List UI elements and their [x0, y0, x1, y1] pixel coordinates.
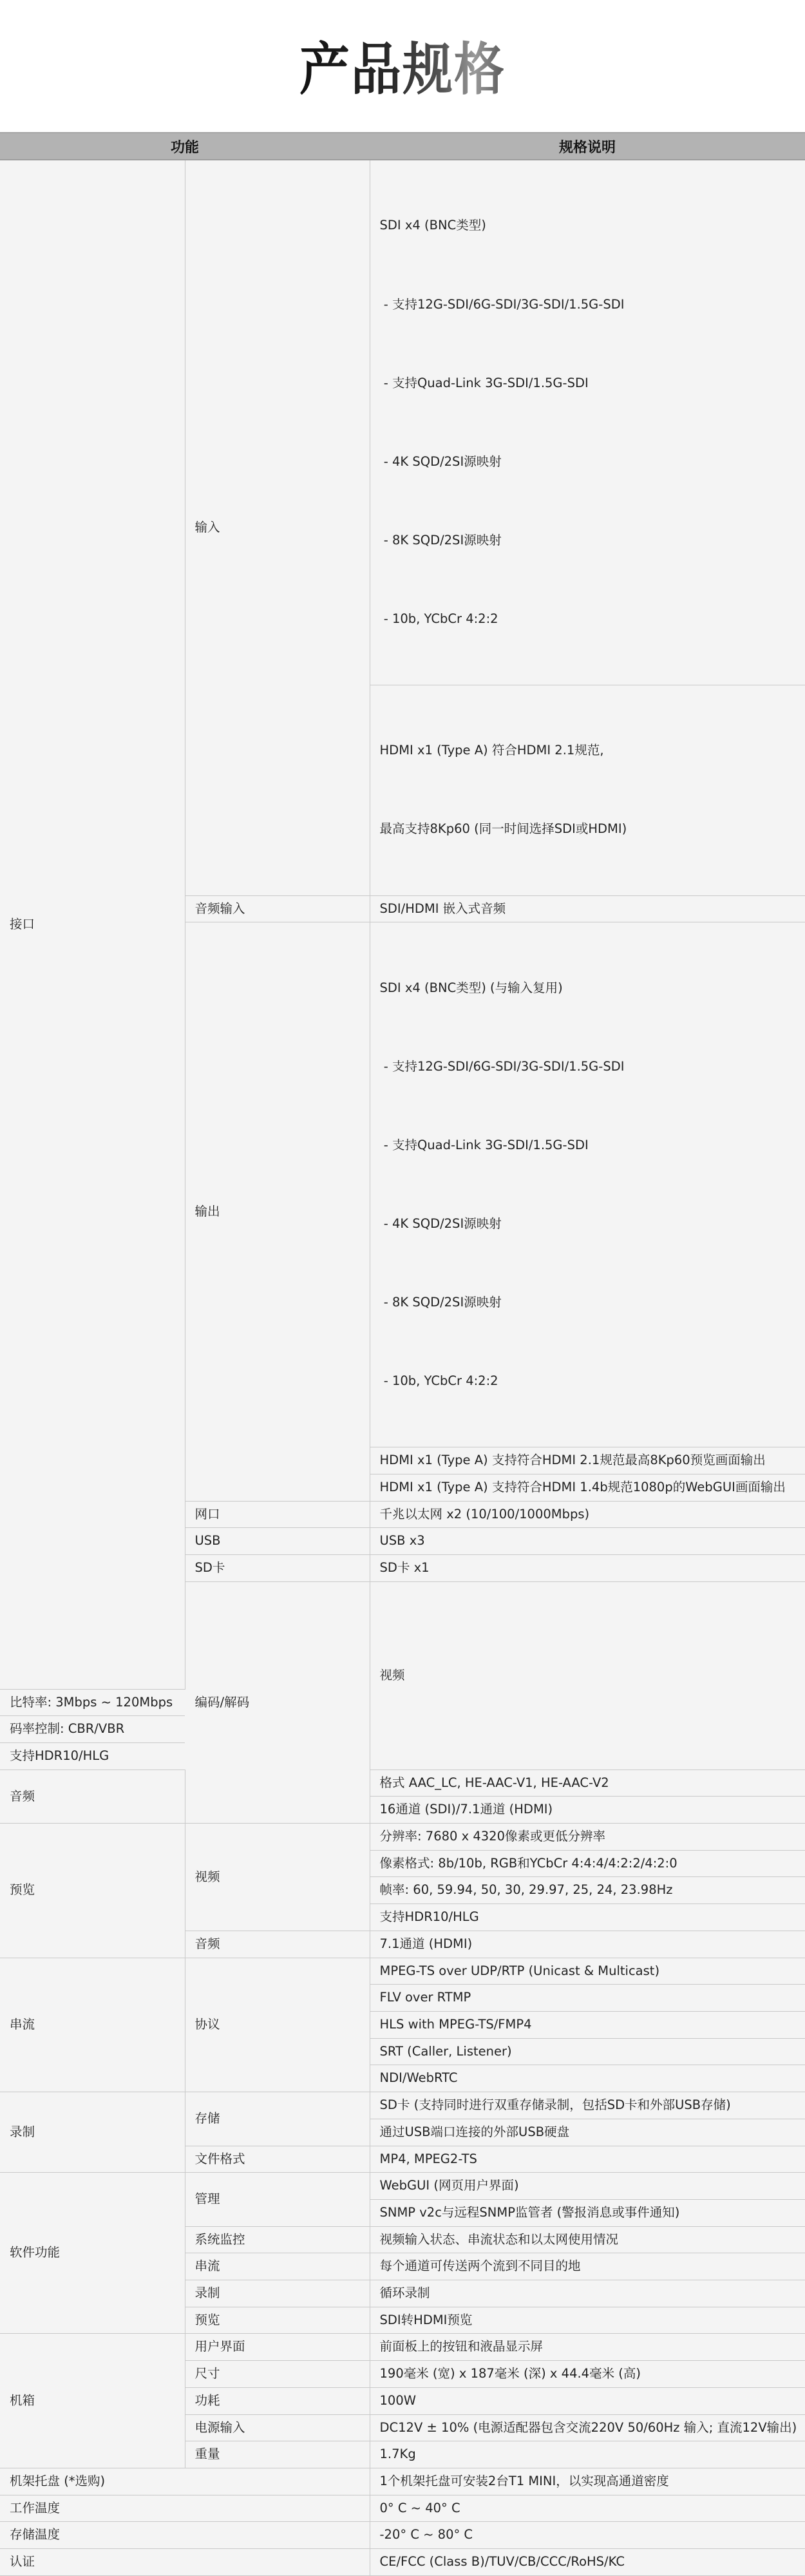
- spec-preview-video: 像素格式: 8b/10b, RGB和YCbCr 4:4:4/4:2:2/4:2:…: [370, 1850, 805, 1877]
- category-rack-tray: 机架托盘 (*选购): [0, 2468, 370, 2495]
- subcategory-input: 输入: [185, 160, 370, 895]
- subcategory-power-input: 电源输入: [185, 2414, 370, 2441]
- spec-sw-recording: 循环录制: [370, 2280, 805, 2307]
- spec-input-hdmi: HDMI x1 (Type A) 符合HDMI 2.1规范, 最高支持8Kp60…: [370, 685, 805, 895]
- table-row: 机架托盘 (*选购) 1个机架托盘可安装2台T1 MINI，以实现高通道密度: [0, 2468, 805, 2495]
- table-row: 工作温度 0° C ~ 40° C: [0, 2495, 805, 2522]
- table-header-row: 功能 规格说明: [0, 133, 805, 160]
- spec-storage: SD卡 (支持同时进行双重存储录制，包括SD卡和外部USB存储): [370, 2092, 805, 2119]
- subcategory-protocol: 协议: [185, 1958, 370, 2092]
- spec-weight: 1.7Kg: [370, 2441, 805, 2468]
- spec-line: HDMI x1 (Type A) 符合HDMI 2.1规范,: [380, 738, 805, 764]
- subcategory-sw-preview: 预览: [185, 2307, 370, 2334]
- category-operating-temp: 工作温度: [0, 2495, 370, 2522]
- subcategory-management: 管理: [185, 2173, 370, 2226]
- spec-line: - 4K SQD/2SI源映射: [380, 1211, 805, 1237]
- spec-sd: SD卡 x1: [370, 1555, 805, 1582]
- subcategory-usb: USB: [185, 1528, 370, 1555]
- category-storage-temp: 存储温度: [0, 2522, 370, 2549]
- spec-protocol: SRT (Caller, Listener): [370, 2038, 805, 2065]
- spec-protocol: MPEG-TS over UDP/RTP (Unicast & Multicas…: [370, 1958, 805, 1985]
- spec-certification: CE/FCC (Class B)/TUV/CB/CCC/RoHS/KC: [370, 2549, 805, 2576]
- spec-usb: USB x3: [370, 1528, 805, 1555]
- table-row: 音频 格式 AAC_LC, HE-AAC-V1, HE-AAC-V2: [0, 1770, 805, 1797]
- subcategory-output: 输出: [185, 922, 370, 1501]
- subcategory-network: 网口: [185, 1501, 370, 1528]
- table-row: 串流 协议 MPEG-TS over UDP/RTP (Unicast & Mu…: [0, 1958, 805, 1985]
- spec-power: 100W: [370, 2387, 805, 2414]
- spec-line: 最高支持8Kp60 (同一时间选择SDI或HDMI): [380, 816, 805, 843]
- spec-table: 功能 规格说明 接口 输入 SDI x4 (BNC类型) - 支持12G-SDI…: [0, 132, 805, 2576]
- spec-output-sdi: SDI x4 (BNC类型) (与输入复用) - 支持12G-SDI/6G-SD…: [370, 922, 805, 1447]
- spec-preview-video: 分辨率: 7680 x 4320像素或更低分辨率: [370, 1824, 805, 1851]
- category-software: 软件功能: [0, 2173, 185, 2334]
- page-title: 产品规格: [299, 24, 506, 105]
- spec-network: 千兆以太网 x2 (10/100/1000Mbps): [370, 1501, 805, 1528]
- category-recording: 录制: [0, 2092, 185, 2173]
- spec-line: SDI x4 (BNC类型) (与输入复用): [380, 975, 805, 1002]
- subcategory-sw-recording: 录制: [185, 2280, 370, 2307]
- spec-line: - 4K SQD/2SI源映射: [380, 449, 805, 475]
- subcategory-sd: SD卡: [185, 1555, 370, 1582]
- spec-preview-audio: 7.1通道 (HDMI): [370, 1931, 805, 1958]
- spec-preview-video: 支持HDR10/HLG: [370, 1904, 805, 1931]
- subcategory-power: 功耗: [185, 2387, 370, 2414]
- spec-line: - 8K SQD/2SI源映射: [380, 528, 805, 554]
- spec-codec-audio: 16通道 (SDI)/7.1通道 (HDMI): [370, 1797, 805, 1824]
- spec-power-input: DC12V ± 10% (电源适配器包含交流220V 50/60Hz 输入; 直…: [370, 2414, 805, 2441]
- subcategory-codec-video: 视频: [370, 1581, 805, 1770]
- subcategory-codec-audio: 音频: [0, 1770, 185, 1823]
- spec-sw-preview: SDI转HDMI预览: [370, 2307, 805, 2334]
- subcategory-ui: 用户界面: [185, 2334, 370, 2361]
- category-streaming: 串流: [0, 1958, 185, 2092]
- spec-preview-video: 帧率: 60, 59.94, 50, 30, 29.97, 25, 24, 23…: [370, 1877, 805, 1904]
- subcategory-weight: 重量: [185, 2441, 370, 2468]
- spec-storage: 通过USB端口连接的外部USB硬盘: [370, 2119, 805, 2146]
- category-codec: 编码/解码: [185, 1581, 370, 1823]
- subcategory-preview-video: 视频: [185, 1824, 370, 1931]
- table-row: 存储温度 -20° C ~ 80° C: [0, 2522, 805, 2549]
- subcategory-sw-streaming: 串流: [185, 2253, 370, 2280]
- table-row: 接口 输入 SDI x4 (BNC类型) - 支持12G-SDI/6G-SDI/…: [0, 160, 805, 685]
- spec-line: - 8K SQD/2SI源映射: [380, 1290, 805, 1316]
- category-preview: 预览: [0, 1824, 185, 1958]
- table-row: 认证 CE/FCC (Class B)/TUV/CB/CCC/RoHS/KC: [0, 2549, 805, 2576]
- spec-storage-temp: -20° C ~ 80° C: [370, 2522, 805, 2549]
- subcategory-file-format: 文件格式: [185, 2146, 370, 2173]
- spec-line: - 支持Quad-Link 3G-SDI/1.5G-SDI: [380, 370, 805, 397]
- spec-line: - 10b, YCbCr 4:2:2: [380, 1368, 805, 1395]
- spec-audio-input: SDI/HDMI 嵌入式音频: [370, 895, 805, 922]
- spec-management: SNMP v2c与远程SNMP监管者 (警报消息或事件通知): [370, 2199, 805, 2226]
- spec-protocol: FLV over RTMP: [370, 1985, 805, 2012]
- title-area: 产品规格: [0, 0, 805, 132]
- subcategory-preview-audio: 音频: [185, 1931, 370, 1958]
- spec-codec-audio: 格式 AAC_LC, HE-AAC-V1, HE-AAC-V2: [370, 1770, 805, 1797]
- spec-protocol: NDI/WebRTC: [370, 2065, 805, 2092]
- spec-output-hdmi-2: HDMI x1 (Type A) 支持符合HDMI 1.4b规范1080p的We…: [370, 1474, 805, 1501]
- spec-line: - 支持Quad-Link 3G-SDI/1.5G-SDI: [380, 1132, 805, 1159]
- category-interface: 接口: [0, 160, 185, 1689]
- spec-protocol: HLS with MPEG-TS/FMP4: [370, 2012, 805, 2039]
- spec-ui: 前面板上的按钮和液晶显示屏: [370, 2334, 805, 2361]
- header-feature: 功能: [0, 133, 370, 160]
- spec-input-sdi: SDI x4 (BNC类型) - 支持12G-SDI/6G-SDI/3G-SDI…: [370, 160, 805, 685]
- subcategory-storage: 存储: [185, 2092, 370, 2146]
- table-row: 软件功能 管理 WebGUI (网页用户界面): [0, 2173, 805, 2200]
- subcategory-monitoring: 系统监控: [185, 2226, 370, 2253]
- table-row: 机箱 用户界面 前面板上的按钮和液晶显示屏: [0, 2334, 805, 2361]
- category-chassis: 机箱: [0, 2334, 185, 2468]
- spec-rack-tray: 1个机架托盘可安装2台T1 MINI，以实现高通道密度: [370, 2468, 805, 2495]
- spec-size: 190毫米 (宽) x 187毫米 (深) x 44.4毫米 (高): [370, 2361, 805, 2388]
- category-certification: 认证: [0, 2549, 370, 2576]
- spec-sw-streaming: 每个通道可传送两个流到不同目的地: [370, 2253, 805, 2280]
- spec-line: - 支持12G-SDI/6G-SDI/3G-SDI/1.5G-SDI: [380, 1054, 805, 1080]
- table-row: 录制 存储 SD卡 (支持同时进行双重存储录制，包括SD卡和外部USB存储): [0, 2092, 805, 2119]
- spec-output-hdmi-1: HDMI x1 (Type A) 支持符合HDMI 2.1规范最高8Kp60预览…: [370, 1447, 805, 1474]
- spec-operating-temp: 0° C ~ 40° C: [370, 2495, 805, 2522]
- spec-file-format: MP4, MPEG2-TS: [370, 2146, 805, 2173]
- spec-codec-video: 码率控制: CBR/VBR: [0, 1716, 185, 1743]
- spec-line: - 支持12G-SDI/6G-SDI/3G-SDI/1.5G-SDI: [380, 292, 805, 318]
- header-spec: 规格说明: [370, 133, 805, 160]
- spec-management: WebGUI (网页用户界面): [370, 2173, 805, 2200]
- spec-codec-video: 比特率: 3Mbps ~ 120Mbps: [0, 1689, 185, 1716]
- table-row: 预览 视频 分辨率: 7680 x 4320像素或更低分辨率: [0, 1824, 805, 1851]
- subcategory-size: 尺寸: [185, 2361, 370, 2388]
- spec-line: - 10b, YCbCr 4:2:2: [380, 606, 805, 633]
- subcategory-audio-input: 音频输入: [185, 895, 370, 922]
- spec-codec-video: 支持HDR10/HLG: [0, 1742, 185, 1770]
- spec-line: SDI x4 (BNC类型): [380, 213, 805, 239]
- spec-monitoring: 视频输入状态、串流状态和以太网使用情况: [370, 2226, 805, 2253]
